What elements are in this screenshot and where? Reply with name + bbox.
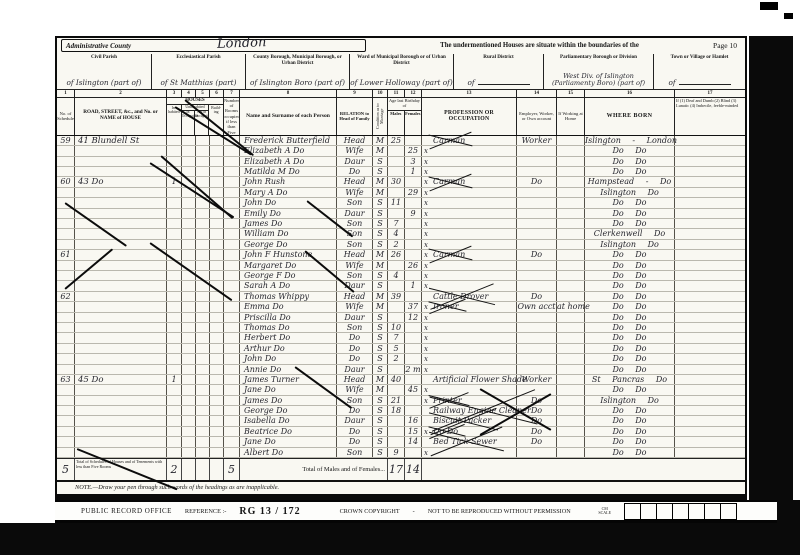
cm-scale-box xyxy=(656,503,673,520)
person-name: Mary A Do xyxy=(240,188,337,197)
age-male xyxy=(388,146,405,155)
working-at-home-value xyxy=(557,146,585,155)
age-male xyxy=(388,416,405,425)
working-at-home-value xyxy=(557,365,585,374)
schedule-number xyxy=(57,146,75,155)
occupation-cell: Cattle Drover xyxy=(422,292,517,301)
building-cell xyxy=(210,385,224,394)
employer-value xyxy=(517,219,557,228)
person-name: Thomas Do xyxy=(240,323,337,332)
employer-value xyxy=(517,281,557,290)
tally-mark: x xyxy=(424,333,431,342)
where-born-value: Do Do xyxy=(585,365,675,374)
road-street-value xyxy=(75,146,167,155)
uninhabited-in-occ-cell xyxy=(182,157,196,166)
person-name: John Do xyxy=(240,354,337,363)
age-male xyxy=(388,385,405,394)
where-born-value: Do Do xyxy=(585,344,675,353)
age-female xyxy=(405,354,422,363)
age-male: 4 xyxy=(388,229,405,238)
uninhabited-not-occ-cell xyxy=(196,406,210,415)
age-male xyxy=(388,261,405,270)
where-born-value: Do Do xyxy=(585,354,675,363)
tally-mark: x xyxy=(424,177,431,186)
age-male: 2 xyxy=(388,240,405,249)
infirmity-cell xyxy=(675,427,745,436)
infirmity-cell xyxy=(675,281,745,290)
relation-value: Daur xyxy=(337,209,373,218)
total-schedules-label: Total of Schedules of Houses and of Tene… xyxy=(75,459,167,480)
relation-value: Son xyxy=(337,240,373,249)
infirmity-cell xyxy=(675,229,745,238)
rooms-cell xyxy=(224,302,240,311)
page-number: Page 10 xyxy=(713,41,737,50)
age-male: 26 xyxy=(388,250,405,259)
working-at-home-value xyxy=(557,396,585,405)
building-cell xyxy=(210,323,224,332)
relation-value: Do xyxy=(337,344,373,353)
census-row: James Do Son S 7 x Do Do xyxy=(57,219,745,229)
condition-value: S xyxy=(373,271,388,280)
age-female: 29 xyxy=(405,188,422,197)
uninhabited-in-occ-cell xyxy=(182,406,196,415)
footer-dash: - xyxy=(413,508,415,515)
rooms-cell xyxy=(224,313,240,322)
condition-value: S xyxy=(373,313,388,322)
schedule-number xyxy=(57,240,75,249)
condition-value: S xyxy=(373,344,388,353)
scan-black-edge-right xyxy=(749,36,793,500)
age-male: 30 xyxy=(388,177,405,186)
age-male: 25 xyxy=(388,136,405,145)
census-row: Priscilla Do Daur S 12 x Do Do xyxy=(57,313,745,323)
employer-value xyxy=(517,146,557,155)
schedule-number xyxy=(57,157,75,166)
tally-mark: x xyxy=(424,229,431,238)
building-cell xyxy=(210,365,224,374)
schedule-number xyxy=(57,219,75,228)
working-at-home-value xyxy=(557,344,585,353)
condition-value: M xyxy=(373,250,388,259)
ward-label: Ward of Municipal Borough or of Urban Di… xyxy=(350,54,453,67)
working-at-home-value xyxy=(557,209,585,218)
relation-value: Do xyxy=(337,427,373,436)
footer-reference-label: REFERENCE :- xyxy=(185,508,226,515)
administrative-county-box: Administrative County London xyxy=(61,39,366,52)
person-name: James Turner xyxy=(240,375,337,384)
infirmity-cell xyxy=(675,188,745,197)
condition-value: S xyxy=(373,323,388,332)
infirmity-cell xyxy=(675,396,745,405)
totals-row: 5 Total of Schedules of Houses and of Te… xyxy=(57,458,745,482)
uninhabited-not-occ-cell xyxy=(196,146,210,155)
occupation-cell: x xyxy=(422,323,517,332)
occupation-cell: Bed Tick Sewer xyxy=(422,437,517,446)
condition-value: M xyxy=(373,188,388,197)
total-blank-cell xyxy=(196,459,210,480)
road-street-value xyxy=(75,209,167,218)
employer-value xyxy=(517,240,557,249)
tally-mark: x xyxy=(424,271,431,280)
header-houses-group: HOUSES In-habited Uninhabited In Occupat… xyxy=(167,98,224,135)
relation-value: Son xyxy=(337,448,373,457)
age-female: 2 m xyxy=(405,365,422,374)
inhabited-mark xyxy=(167,188,182,197)
building-cell xyxy=(210,146,224,155)
rooms-cell xyxy=(224,437,240,446)
town-village-value: of xyxy=(654,79,745,89)
census-row: James Do Son S 21 x Printer Do Islington… xyxy=(57,396,745,406)
person-name: Beatrice Do xyxy=(240,427,337,436)
occupation-cell: x xyxy=(422,354,517,363)
uninhabited-in-occ-cell xyxy=(182,302,196,311)
road-street-value xyxy=(75,427,167,436)
road-street-value xyxy=(75,198,167,207)
total-blank-cell xyxy=(210,459,224,480)
road-street-value xyxy=(75,281,167,290)
census-row: Annie Do Daur S 2 m x Do Do xyxy=(57,365,745,375)
relation-value: Do xyxy=(337,406,373,415)
occupation-value: Artificial Flower Shade xyxy=(433,375,527,384)
age-male: 2 xyxy=(388,354,405,363)
situate-statement: The undermentioned Houses are situate wi… xyxy=(366,42,713,49)
inhabited-mark xyxy=(167,313,182,322)
uninhabited-in-occ-cell xyxy=(182,427,196,436)
road-street-value xyxy=(75,354,167,363)
infirmity-cell xyxy=(675,271,745,280)
tally-mark xyxy=(424,416,431,425)
age-female: 9 xyxy=(405,209,422,218)
uninhabited-in-occ-cell xyxy=(182,396,196,405)
where-born-value: Do Do xyxy=(585,437,675,446)
occupation-cell: x xyxy=(422,333,517,342)
uninhabited-not-occ-cell xyxy=(196,427,210,436)
occupation-cell: x xyxy=(422,219,517,228)
condition-value: S xyxy=(373,281,388,290)
census-row: William Do Son S 4 x Clerkenwell Do xyxy=(57,229,745,239)
relation-value: Son xyxy=(337,271,373,280)
inhabited-mark xyxy=(167,416,182,425)
uninhabited-in-occ-cell xyxy=(182,365,196,374)
census-row: Jane Do Do S 14 Bed Tick Sewer Do Do Do xyxy=(57,437,745,447)
condition-value: M xyxy=(373,302,388,311)
rooms-cell xyxy=(224,261,240,270)
header-road-street: ROAD, STREET, &c., and No. or NAME of HO… xyxy=(75,98,167,135)
age-male: 18 xyxy=(388,406,405,415)
tally-mark: x xyxy=(424,198,431,207)
infirmity-cell xyxy=(675,136,745,145)
total-inhabited-value: 2 xyxy=(167,459,182,480)
employer-value: Do xyxy=(517,292,557,301)
person-name: Isabella Do xyxy=(240,416,337,425)
condition-value: S xyxy=(373,240,388,249)
census-form: Administrative County London The underme… xyxy=(55,36,747,500)
road-street-value: 45 Do xyxy=(75,375,167,384)
working-at-home-value xyxy=(557,437,585,446)
condition-value: S xyxy=(373,219,388,228)
road-street-value xyxy=(75,271,167,280)
person-name: Elizabeth A Do xyxy=(240,157,337,166)
age-male xyxy=(388,427,405,436)
rural-district-cell: Rural District of xyxy=(453,54,543,89)
uninhabited-not-occ-cell xyxy=(196,209,210,218)
uninhabited-not-occ-cell xyxy=(196,448,210,457)
total-blank-cell xyxy=(182,459,196,480)
road-street-value xyxy=(75,333,167,342)
employer-value xyxy=(517,344,557,353)
schedule-number xyxy=(57,406,75,415)
inhabited-mark xyxy=(167,396,182,405)
rooms-cell xyxy=(224,427,240,436)
occupation-cell: x xyxy=(422,261,517,270)
infirmity-cell xyxy=(675,385,745,394)
building-cell xyxy=(210,406,224,415)
where-born-value: Do Do xyxy=(585,292,675,301)
uninhabited-in-occ-cell xyxy=(182,240,196,249)
census-row: Thomas Do Son S 10 x Do Do xyxy=(57,323,745,333)
employer-value: Own acct xyxy=(517,302,557,311)
uninhabited-not-occ-cell xyxy=(196,385,210,394)
col-number: 17 xyxy=(675,90,745,97)
scan-artifact xyxy=(760,2,778,10)
age-female xyxy=(405,219,422,228)
relation-value: Wife xyxy=(337,261,373,270)
inhabited-mark xyxy=(167,219,182,228)
age-female: 3 xyxy=(405,157,422,166)
condition-value: S xyxy=(373,437,388,446)
occupation-value: Carman xyxy=(433,136,465,145)
census-row: George F Do Son S 4 x Do Do xyxy=(57,271,745,281)
age-male: 7 xyxy=(388,219,405,228)
road-street-value xyxy=(75,323,167,332)
working-at-home-value xyxy=(557,188,585,197)
infirmity-cell xyxy=(675,375,745,384)
column-number-row: 1 2 3 4 5 6 7 8 9 10 11 12 13 14 15 16 1… xyxy=(57,90,745,98)
employer-value xyxy=(517,261,557,270)
occupation-cell: x Ironer xyxy=(422,302,517,311)
inhabited-mark xyxy=(167,406,182,415)
col-number: 6 xyxy=(210,90,224,97)
uninhabited-not-occ-cell xyxy=(196,354,210,363)
rooms-cell xyxy=(224,448,240,457)
age-female xyxy=(405,177,422,186)
scan-black-edge-bottom xyxy=(0,523,800,555)
rooms-cell xyxy=(224,416,240,425)
uninhabited-not-occ-cell xyxy=(196,229,210,238)
occupation-cell: Carman xyxy=(422,136,517,145)
occupation-cell: x xyxy=(422,209,517,218)
road-street-value xyxy=(75,416,167,425)
uninhabited-not-occ-cell xyxy=(196,177,210,186)
header-age-group: Age last Birthday of Males Females xyxy=(388,98,422,135)
infirmity-cell xyxy=(675,250,745,259)
cm-scale-ruler xyxy=(625,503,737,520)
occupation-cell: x xyxy=(422,385,517,394)
uninhabited-not-occ-cell xyxy=(196,396,210,405)
inhabited-mark xyxy=(167,281,182,290)
inhabited-mark xyxy=(167,354,182,363)
building-cell xyxy=(210,437,224,446)
total-males-females-label: Total of Males and of Females... xyxy=(240,459,388,480)
working-at-home-value xyxy=(557,136,585,145)
tally-mark xyxy=(424,375,431,384)
rooms-cell xyxy=(224,333,240,342)
schedule-number xyxy=(57,323,75,332)
building-cell xyxy=(210,229,224,238)
condition-value: S xyxy=(373,416,388,425)
uninhabited-not-occ-cell xyxy=(196,157,210,166)
road-street-value xyxy=(75,302,167,311)
census-row: Emma Do Wife M 37 x Ironer Own acct at h… xyxy=(57,302,745,312)
where-born-value: Do Do xyxy=(585,146,675,155)
uninhabited-in-occ-cell xyxy=(182,375,196,384)
census-row: Sarah A Do Daur S 1 x Do Do xyxy=(57,281,745,291)
census-row: 63 45 Do 1 James Turner Head M 40 Artifi… xyxy=(57,375,745,385)
col-number: 4 xyxy=(182,90,196,97)
age-female xyxy=(405,240,422,249)
person-name: George F Do xyxy=(240,271,337,280)
uninhabited-not-occ-cell xyxy=(196,261,210,270)
uninhabited-in-occ-cell xyxy=(182,354,196,363)
parliamentary-borough-label: Parliamentary Borough or Division xyxy=(544,54,653,61)
form-top-row: Administrative County London The underme… xyxy=(57,38,745,54)
occupation-cell: x xyxy=(422,365,517,374)
rooms-cell xyxy=(224,365,240,374)
age-female: 1 xyxy=(405,281,422,290)
col-number: 15 xyxy=(557,90,585,97)
condition-value: S xyxy=(373,354,388,363)
condition-value: M xyxy=(373,146,388,155)
header-condition: Condition as to Marriage xyxy=(376,99,384,134)
age-male: 9 xyxy=(388,448,405,457)
person-name: James Do xyxy=(240,396,337,405)
tally-mark xyxy=(424,136,431,145)
condition-value: S xyxy=(373,198,388,207)
condition-value: S xyxy=(373,448,388,457)
uninhabited-not-occ-cell xyxy=(196,240,210,249)
where-born-value: Do Do xyxy=(585,313,675,322)
condition-value: M xyxy=(373,177,388,186)
age-male: 4 xyxy=(388,271,405,280)
infirmity-cell xyxy=(675,416,745,425)
person-name: George Do xyxy=(240,240,337,249)
schedule-number xyxy=(57,188,75,197)
cm-scale-box xyxy=(624,503,641,520)
age-female xyxy=(405,271,422,280)
header-working-at-home: If Working at Home xyxy=(557,98,585,135)
inhabited-mark xyxy=(167,344,182,353)
working-at-home-value xyxy=(557,427,585,436)
col-number: 12 xyxy=(405,90,422,97)
col-number: 5 xyxy=(196,90,210,97)
header-employer: Employer, Worker, or Own account xyxy=(517,98,557,135)
relation-value: Do xyxy=(337,167,373,176)
age-female xyxy=(405,344,422,353)
tally-mark: x xyxy=(424,354,431,363)
schedule-number xyxy=(57,385,75,394)
employer-value xyxy=(517,313,557,322)
rooms-cell xyxy=(224,229,240,238)
age-male xyxy=(388,157,405,166)
inhabited-mark xyxy=(167,229,182,238)
total-females-value: 14 xyxy=(405,459,422,480)
building-cell xyxy=(210,375,224,384)
relation-value: Daur xyxy=(337,365,373,374)
uninhabited-not-occ-cell xyxy=(196,219,210,228)
employer-value xyxy=(517,354,557,363)
uninhabited-in-occ-cell xyxy=(182,333,196,342)
total-schedules-value: 5 xyxy=(57,459,75,480)
occupation-cell: Artificial Flower Shade xyxy=(422,375,517,384)
age-male: 5 xyxy=(388,344,405,353)
building-cell xyxy=(210,271,224,280)
person-name: John F Hunstone xyxy=(240,250,337,259)
inhabited-mark xyxy=(167,302,182,311)
uninhabited-in-occ-cell xyxy=(182,292,196,301)
footer-notice: NOT TO BE REPRODUCED WITHOUT PERMISSION xyxy=(428,508,571,515)
age-male xyxy=(388,188,405,197)
where-born-value: Do Do xyxy=(585,416,675,425)
age-male: 11 xyxy=(388,198,405,207)
employer-value xyxy=(517,448,557,457)
header-schedule: No. of Schedule xyxy=(57,98,75,135)
inhabited-mark xyxy=(167,323,182,332)
working-at-home-value xyxy=(557,250,585,259)
tally-mark: x xyxy=(424,344,431,353)
header-females: Females xyxy=(405,111,422,135)
occupation-value: Bed Tick Sewer xyxy=(433,437,497,446)
age-male: 10 xyxy=(388,323,405,332)
tally-mark: x xyxy=(424,167,431,176)
condition-value: S xyxy=(373,167,388,176)
schedule-number: 62 xyxy=(57,292,75,301)
rooms-cell xyxy=(224,198,240,207)
person-name: Frederick Butterfield xyxy=(240,136,337,145)
uninhabited-in-occ-cell xyxy=(182,385,196,394)
person-name: John Rush xyxy=(240,177,337,186)
age-female: 16 xyxy=(405,416,422,425)
where-born-value: Clerkenwell Do xyxy=(585,229,675,238)
age-female: 15 xyxy=(405,427,422,436)
col-number: 9 xyxy=(337,90,373,97)
schedule-number xyxy=(57,344,75,353)
road-street-value xyxy=(75,188,167,197)
census-row: George Do Do S 18 Railway Engine Cleaner… xyxy=(57,406,745,416)
employer-value xyxy=(517,167,557,176)
footer-copyright: CROWN COPYRIGHT xyxy=(340,508,400,515)
road-street-value xyxy=(75,396,167,405)
relation-value: Do xyxy=(337,437,373,446)
working-at-home-value xyxy=(557,281,585,290)
road-street-value xyxy=(75,229,167,238)
uninhabited-in-occ-cell xyxy=(182,198,196,207)
ecclesiastical-parish-cell: Ecclesiastical Parish of St Matthias (pa… xyxy=(151,54,245,89)
employer-value xyxy=(517,365,557,374)
total-rooms-value: 5 xyxy=(224,459,240,480)
building-cell xyxy=(210,302,224,311)
age-female: 1 xyxy=(405,167,422,176)
parliamentary-borough-value: West Div. of Islington (Parliamenty Boro… xyxy=(544,73,653,89)
inhabited-mark xyxy=(167,437,182,446)
age-male: 40 xyxy=(388,375,405,384)
employer-value xyxy=(517,198,557,207)
footer-office: PUBLIC RECORD OFFICE xyxy=(81,507,172,515)
tally-mark: x xyxy=(424,250,431,259)
where-born-value: Do Do xyxy=(585,448,675,457)
schedule-number xyxy=(57,354,75,363)
building-cell xyxy=(210,396,224,405)
condition-value: M xyxy=(373,385,388,394)
